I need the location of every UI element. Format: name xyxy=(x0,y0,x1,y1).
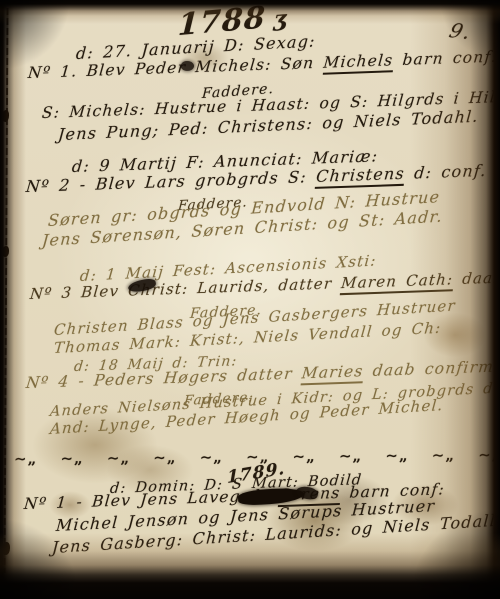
entry2-main-post: d: conf. xyxy=(404,161,488,183)
entry4-child-name: Maries xyxy=(301,362,365,385)
entry3-child-name: Maren Cath: xyxy=(340,270,454,295)
year-flourish: ʒ xyxy=(273,5,288,32)
entry1-main-post: barn conf: xyxy=(393,48,499,70)
entry1-child-name: Michels xyxy=(322,51,394,75)
entry2-child-name: Christens xyxy=(315,164,406,189)
register-page-scan: 1788ʒ 9. d: 27. Januarij D: Sexag: Nº 1.… xyxy=(0,0,500,599)
